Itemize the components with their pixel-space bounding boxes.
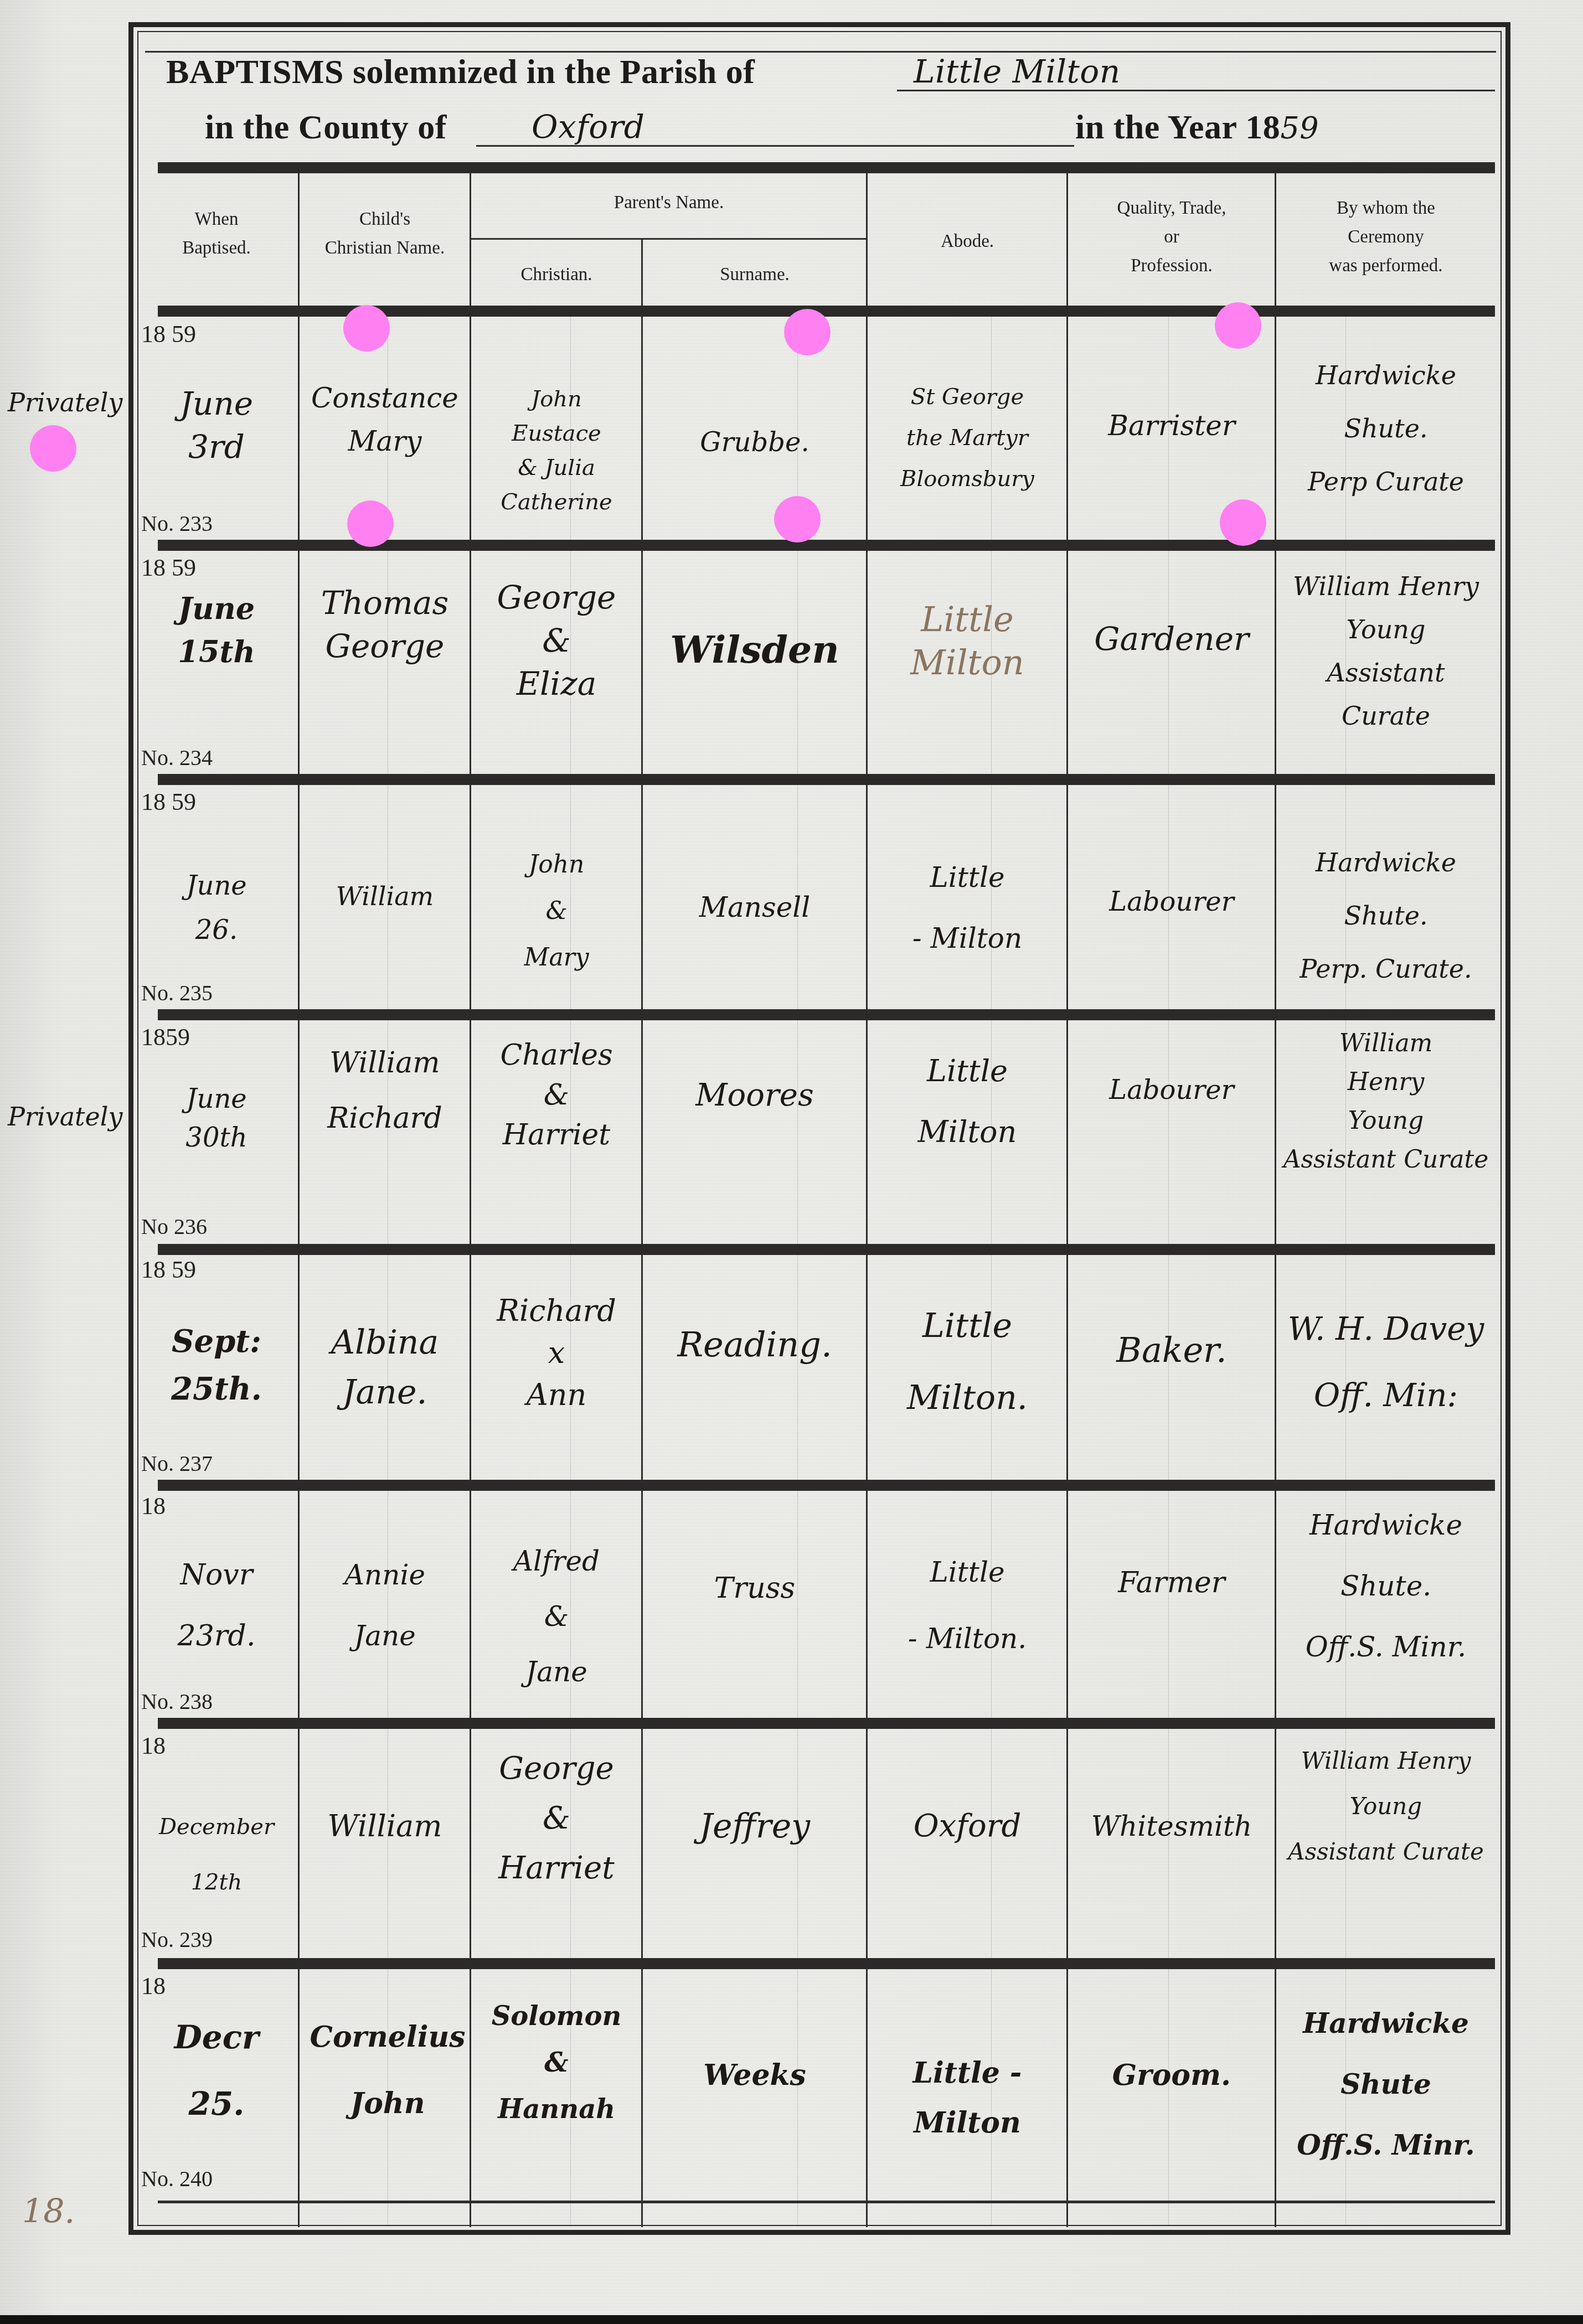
parent-name-line: &: [471, 1075, 642, 1115]
child-name-line: Albina: [299, 1318, 471, 1367]
entry-date: Decr 25.: [145, 2004, 288, 2137]
child-name-line: Jane.: [299, 1367, 471, 1417]
child-name: William Richard: [299, 1035, 471, 1146]
year-label: in the Year 1859: [1075, 108, 1319, 147]
child-name: William: [299, 1805, 471, 1848]
abode: Little - Milton.: [867, 1539, 1068, 1672]
trade: Groom.: [1068, 2054, 1276, 2097]
col-divider-1: [298, 173, 300, 2227]
parent-name-line: Mary: [471, 934, 642, 981]
table-bottom-rule: [158, 2201, 1495, 2203]
officiant-line: Off.S. Minr.: [1276, 2115, 1496, 2176]
child-name-line: Constance: [299, 376, 471, 420]
parent-name-line: John: [471, 382, 642, 416]
surname: Truss: [642, 1567, 867, 1610]
date-month: June: [145, 1080, 288, 1118]
parent-christian-names: Alfred & Jane: [471, 1533, 642, 1700]
child-name-line: Richard: [299, 1091, 471, 1146]
marker-dot: [1220, 499, 1266, 546]
officiant: Hardwicke Shute. Perp. Curate.: [1276, 836, 1496, 995]
trade: Whitesmith: [1068, 1805, 1276, 1848]
officiant: Hardwicke Shute Off.S. Minr.: [1276, 1993, 1496, 2176]
child-name-line: William: [299, 1805, 471, 1848]
abode-line: the Martyr: [867, 417, 1068, 458]
header-trade-line3: Profession.: [1068, 251, 1276, 280]
officiant: Hardwicke Shute. Perp Curate: [1276, 349, 1496, 508]
marker-dot: [784, 309, 831, 355]
abode-line: Oxford: [867, 1805, 1068, 1848]
marker-dot: [1215, 302, 1261, 349]
surname: Moores: [642, 1074, 867, 1117]
parent-name-line: Eliza: [471, 662, 642, 705]
header-parent-christian: Christian.: [471, 260, 642, 289]
date-month: December: [145, 1799, 288, 1855]
surname: Weeks: [642, 2054, 867, 2097]
officiant-line: W. H. Davey: [1276, 1295, 1496, 1362]
margin-note-privately: Privately: [8, 388, 122, 417]
officiant: Hardwicke Shute. Off.S. Minr.: [1276, 1495, 1496, 1677]
page-bottom-edge: [0, 2315, 1583, 2324]
page-title: BAPTISMS solemnized in the Parish of: [166, 53, 755, 92]
officiant-line: Off. Min:: [1276, 1362, 1496, 1428]
officiant-line: Assistant Curate: [1276, 1829, 1496, 1874]
parent-name-line: Harriet: [471, 1115, 642, 1155]
officiant: William Henry Young Assistant Curate: [1276, 1738, 1496, 1874]
abode: St George the Martyr Bloomsbury: [867, 376, 1068, 499]
officiant-line: William Henry: [1276, 1738, 1496, 1784]
child-name-line: John: [299, 2070, 476, 2137]
parent-christian-names: George & Eliza: [471, 576, 642, 705]
row-rule-2: [158, 774, 1495, 785]
parent-name-line: &: [471, 888, 642, 934]
officiant-line: Shute.: [1276, 889, 1496, 942]
parent-christian-names: Richard x Ann: [471, 1290, 642, 1416]
officiant-line: Hardwicke: [1276, 349, 1496, 402]
surname: Jeffrey: [642, 1805, 867, 1848]
year-suffix: 59: [1280, 111, 1319, 146]
date-day: 25th.: [145, 1365, 288, 1413]
header-by-whom-line1: By whom the: [1276, 194, 1496, 223]
header-when-line1: When: [145, 205, 288, 234]
officiant-line: Off.S. Minr.: [1276, 1617, 1496, 1677]
entry-number: No. 240: [141, 2166, 213, 2192]
trade: Farmer: [1068, 1561, 1276, 1604]
officiant-line: Young: [1276, 1784, 1496, 1829]
trade: Barrister: [1068, 404, 1276, 447]
date-day: 25.: [145, 2070, 288, 2137]
officiant-line: Shute: [1276, 2054, 1496, 2115]
date-day: 26.: [145, 908, 288, 952]
entry-number: No. 234: [141, 745, 213, 771]
officiant-line: Curate: [1276, 694, 1496, 737]
parent-christian-names: John Eustace & Julia Catherine: [471, 382, 642, 519]
guide-line: [1168, 310, 1169, 2225]
abode-line: Little: [867, 1290, 1068, 1362]
parent-name-line: &: [471, 2039, 642, 2086]
header-when: When Baptised.: [145, 205, 288, 262]
header-trade-line2: or: [1068, 223, 1276, 251]
entry-year: 18 59: [141, 788, 196, 816]
abode-line: St George: [867, 376, 1068, 417]
abode-line: Little -: [867, 2048, 1068, 2098]
entry-number: No. 235: [141, 980, 213, 1006]
child-name: Cornelius John: [299, 2004, 476, 2137]
row-rule-6: [158, 1718, 1495, 1729]
parent-name-line: Charles: [471, 1035, 642, 1075]
parent-name-line: George: [471, 576, 642, 619]
entry-year: 18: [141, 1492, 166, 1520]
parent-christian-names: Solomon & Hannah: [471, 1993, 642, 2132]
date-month: Sept:: [145, 1318, 288, 1365]
child-name-line: Annie: [299, 1545, 471, 1605]
officiant-line: Young: [1276, 608, 1496, 651]
marker-dot: [347, 500, 394, 547]
header-trade: Quality, Trade, or Profession.: [1068, 194, 1276, 280]
officiant-line: Hardwicke: [1276, 1495, 1496, 1556]
officiant-line: Henry: [1276, 1063, 1496, 1102]
entry-number: No. 239: [141, 1927, 213, 1953]
child-name-line: William: [299, 875, 471, 918]
row-rule-4: [158, 1244, 1495, 1255]
entry-year: 18 59: [141, 554, 196, 582]
parent-name-line: John: [471, 841, 642, 888]
abode-line: Little: [867, 598, 1068, 641]
child-name-line: Cornelius: [299, 2004, 476, 2070]
entry-date: Novr 23rd.: [145, 1545, 288, 1666]
header-when-line2: Baptised.: [145, 234, 288, 262]
page-margin-note: 18.: [22, 2192, 75, 2231]
parent-name-line: Hannah: [471, 2086, 642, 2132]
date-month: June: [145, 864, 288, 908]
trade: Gardener: [1068, 617, 1276, 660]
child-name: Constance Mary: [299, 376, 471, 463]
marker-dot: [343, 305, 390, 352]
col-divider-3: [641, 239, 643, 2227]
guide-line: [797, 310, 798, 2225]
abode-line: - Milton.: [867, 1605, 1068, 1672]
officiant: W. H. Davey Off. Min:: [1276, 1295, 1496, 1428]
parent-christian-names: Charles & Harriet: [471, 1035, 642, 1155]
date-month: June 15th: [145, 587, 288, 673]
surname: Wilsden: [642, 628, 867, 672]
abode-line: Little: [867, 1041, 1068, 1102]
child-name-line: George: [299, 624, 471, 668]
abode-line: Milton: [867, 641, 1068, 684]
entry-date: June 26.: [145, 864, 288, 952]
officiant: William Henry Young Assistant Curate: [1276, 1024, 1496, 1179]
trade: Labourer: [1068, 1068, 1276, 1112]
officiant: William Henry Young Assistant Curate: [1276, 565, 1496, 737]
marker-dot: [774, 496, 821, 543]
header-by-whom-line2: Ceremony: [1276, 223, 1496, 251]
date-day: 12th: [145, 1855, 288, 1910]
parent-name-line: Solomon: [471, 1993, 642, 2039]
entry-number: No. 233: [141, 510, 213, 536]
header-child: Child's Christian Name.: [299, 205, 471, 262]
child-name-line: Jane: [299, 1605, 471, 1666]
surname: Reading.: [642, 1323, 867, 1366]
parent-name-line: George: [471, 1744, 642, 1794]
parent-name-line: Ann: [471, 1374, 642, 1416]
parent-name-line: Richard: [471, 1290, 642, 1332]
abode: Little Milton.: [867, 1290, 1068, 1434]
guide-line: [991, 310, 992, 2225]
officiant-line: Assistant: [1276, 651, 1496, 694]
abode: Little Milton: [867, 598, 1068, 684]
entry-number: No 236: [141, 1213, 207, 1240]
date-month: Decr: [145, 2004, 288, 2070]
officiant-line: William Henry: [1276, 565, 1496, 608]
officiant-line: Perp Curate: [1276, 455, 1496, 508]
child-name-line: Thomas: [299, 581, 471, 624]
entry-date: December 12th: [145, 1799, 288, 1910]
abode: Little Milton: [867, 1041, 1068, 1163]
child-name: Albina Jane.: [299, 1318, 471, 1417]
abode-line: - Milton: [867, 908, 1068, 969]
child-name: Annie Jane: [299, 1545, 471, 1666]
abode-line: Little: [867, 1539, 1068, 1605]
header-top-rule: [158, 162, 1495, 173]
abode-line: Milton.: [867, 1362, 1068, 1434]
child-name: William: [299, 875, 471, 918]
date-day: 23rd.: [145, 1605, 288, 1666]
officiant-line: Young: [1276, 1102, 1496, 1140]
entry-date: June 3rd: [145, 382, 288, 468]
entry-date: June 15th: [145, 587, 288, 673]
entry-year: 18: [141, 1732, 166, 1760]
parent-name-line: Catherine: [471, 485, 642, 519]
row-rule-5: [158, 1480, 1495, 1491]
entry-number: No. 238: [141, 1688, 213, 1714]
entry-date: Sept: 25th.: [145, 1318, 288, 1413]
trade: Labourer: [1068, 880, 1276, 923]
abode: Oxford: [867, 1805, 1068, 1848]
trade: Baker.: [1068, 1329, 1276, 1372]
title-prefix: BAPTISMS solemnized in the Parish of: [166, 53, 755, 91]
entry-year: 1859: [141, 1023, 190, 1051]
parent-name-line: &: [471, 619, 642, 662]
date-day: 30th: [145, 1118, 288, 1157]
header-parents-group: Parent's Name.: [471, 188, 867, 217]
entry-date: June 30th: [145, 1080, 288, 1157]
officiant-line: Assistant Curate: [1276, 1140, 1496, 1179]
abode: Little - Milton: [867, 2048, 1068, 2148]
abode-line: Little: [867, 847, 1068, 908]
entry-number: No. 237: [141, 1450, 213, 1476]
parent-name-line: Jane: [471, 1644, 642, 1700]
child-name: Thomas George: [299, 581, 471, 668]
parent-christian-names: George & Harriet: [471, 1744, 642, 1893]
parents-split-rule: [471, 238, 867, 240]
surname: Mansell: [642, 886, 867, 929]
surname: Grubbe.: [642, 421, 867, 464]
child-name-line: William: [299, 1035, 471, 1091]
abode-line: Bloomsbury: [867, 458, 1068, 499]
abode: Little - Milton: [867, 847, 1068, 969]
parent-name-line: Eustace: [471, 416, 642, 451]
parent-name-line: &: [471, 1794, 642, 1843]
year-prefix: in the Year 18: [1075, 109, 1280, 146]
date-month: June: [145, 382, 288, 425]
entry-year: 18: [141, 1972, 166, 2000]
header-child-line2: Christian Name.: [299, 234, 471, 262]
parent-name-line: &: [471, 1589, 642, 1644]
header-child-line1: Child's: [299, 205, 471, 234]
row-rule-7: [158, 1958, 1495, 1969]
header-by-whom: By whom the Ceremony was performed.: [1276, 194, 1496, 280]
parent-name-line: x: [471, 1332, 642, 1374]
county-name: Oxford: [532, 108, 645, 146]
parent-christian-names: John & Mary: [471, 841, 642, 981]
county-label: in the County of: [205, 108, 447, 147]
header-trade-line1: Quality, Trade,: [1068, 194, 1276, 223]
officiant-line: Hardwicke: [1276, 836, 1496, 889]
child-name-line: Mary: [299, 420, 471, 463]
row-rule-3: [158, 1009, 1495, 1020]
parent-name-line: Harriet: [471, 1843, 642, 1893]
parish-name: Little Milton: [914, 53, 1121, 90]
abode-line: Milton: [867, 2098, 1068, 2148]
parent-name-line: Alfred: [471, 1533, 642, 1589]
officiant-line: Shute.: [1276, 402, 1496, 455]
entry-year: 18 59: [141, 1256, 196, 1284]
marker-dot: [30, 425, 76, 472]
officiant-line: Perp. Curate.: [1276, 942, 1496, 995]
date-month: Novr: [145, 1545, 288, 1605]
date-day: 3rd: [145, 425, 288, 468]
header-abode: Abode.: [867, 227, 1068, 256]
header-parent-surname: Surname.: [642, 260, 867, 289]
margin-note-privately: Privately: [8, 1102, 122, 1132]
header-by-whom-line3: was performed.: [1276, 251, 1496, 280]
parent-name-line: & Julia: [471, 451, 642, 485]
officiant-line: Shute.: [1276, 1556, 1496, 1617]
entry-year: 18 59: [141, 320, 196, 348]
officiant-line: Hardwicke: [1276, 1993, 1496, 2054]
officiant-line: William: [1276, 1024, 1496, 1063]
abode-line: Milton: [867, 1102, 1068, 1163]
